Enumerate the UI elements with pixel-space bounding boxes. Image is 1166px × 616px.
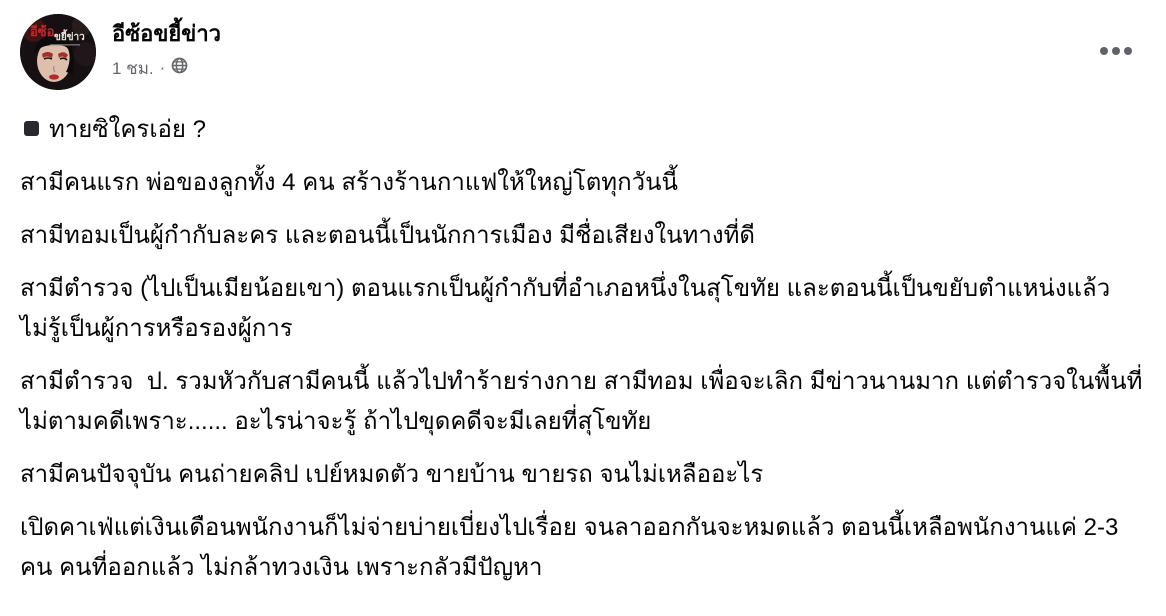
post-line-intro: ทายซิใครเอ่ย ? (20, 110, 1148, 150)
globe-icon (171, 57, 188, 79)
ellipsis-icon (1100, 47, 1108, 55)
black-square-emoji (24, 121, 39, 136)
avatar[interactable]: อีซ้อ ขยี้ข่าว (20, 14, 96, 90)
post-paragraph: สามีตำรวจ (ไปเป็นเมียน้อยเขา) ตอนแรกเป็น… (20, 269, 1148, 349)
page-name[interactable]: อีซ้อขยี้ข่าว (112, 20, 221, 48)
avatar-image: อีซ้อ ขยี้ข่าว (20, 14, 96, 90)
more-options-button[interactable] (1094, 34, 1138, 68)
facebook-post: อีซ้อ ขยี้ข่าว อีซ้อขยี้ข่าว 1 ชม. · (0, 0, 1166, 588)
post-paragraph: สามีคนปัจจุบัน คนถ่ายคลิป เปย์หมดตัว ขาย… (20, 455, 1148, 495)
post-paragraph: สามีคนแรก พ่อของลูกทั้ง 4 คน สร้างร้านกา… (20, 163, 1148, 203)
avatar-white-text: ขยี้ข่าว (54, 29, 85, 43)
intro-text: ทายซิใครเอ่ย ? (49, 116, 206, 143)
timestamp[interactable]: 1 ชม. (112, 55, 154, 82)
post-header: อีซ้อ ขยี้ข่าว อีซ้อขยี้ข่าว 1 ชม. · (0, 0, 1166, 90)
post-meta: 1 ชม. · (112, 55, 221, 82)
post-paragraph: เปิดคาเฟ่แต่เงินเดือนพนักงานก็ไม่จ่ายบ่า… (20, 508, 1148, 588)
post-header-text: อีซ้อขยี้ข่าว 1 ชม. · (112, 14, 221, 82)
post-text: ทายซิใครเอ่ย ? สามีคนแรก พ่อของลูกทั้ง 4… (0, 90, 1166, 588)
post-paragraph: สามีตำรวจ ป. รวมหัวกับสามีคนนี้ แล้วไปทำ… (20, 362, 1148, 442)
post-paragraph: สามีทอมเป็นผู้กำกับละคร และตอนนี้เป็นนัก… (20, 216, 1148, 256)
meta-separator: · (160, 58, 166, 78)
avatar-red-text: อีซ้อ (30, 24, 55, 39)
